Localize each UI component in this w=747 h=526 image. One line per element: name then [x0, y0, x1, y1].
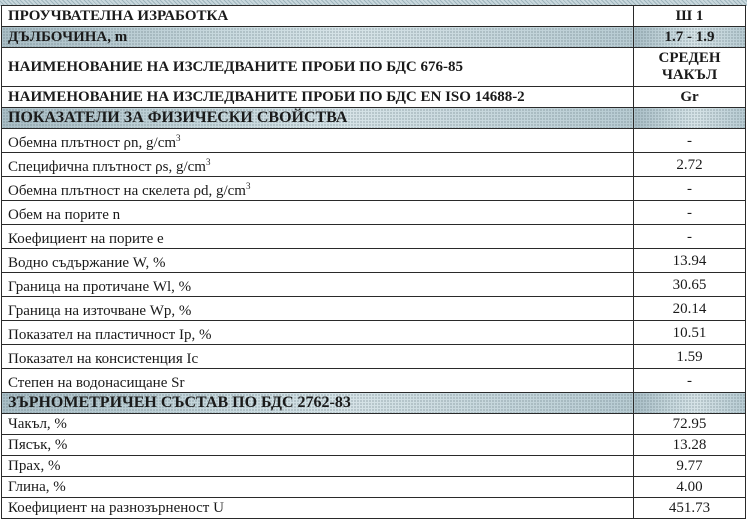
row-label-text: Пясък, % — [8, 437, 67, 453]
soil-properties-table: ПРОУЧВАТЕЛНА ИЗРАБОТКА Ш 1 ДЪЛБОЧИНА, m … — [1, 5, 746, 519]
row-label: Обем на порите n — [2, 201, 634, 225]
table-row: Глина, %4.00 — [2, 477, 746, 498]
row-label: Коефициент на порите e — [2, 225, 634, 249]
row-value: 13.94 — [634, 249, 746, 273]
table-row: Чакъл, %72.95 — [2, 414, 746, 435]
row-label-text: Показател на консистенция Ic — [8, 351, 198, 367]
row-label-text: Коефициент на порите e — [8, 231, 164, 247]
exploration-value: Ш 1 — [634, 6, 746, 27]
row-label: Степен на водонасищане Sr — [2, 369, 634, 393]
row-value: 4.00 — [634, 477, 746, 498]
table-row: Показател на пластичност Ip, %10.51 — [2, 321, 746, 345]
uniformity-row: Коефициент на разнозърненост U 451.73 — [2, 498, 746, 519]
row-label-text: Обем на порите n — [8, 207, 120, 223]
row-value: - — [634, 225, 746, 249]
row-label-superscript: 3 — [206, 157, 211, 167]
row-label: Обемна плътност на скелета ρd, g/cm3 — [2, 177, 634, 201]
row-label: Глина, % — [2, 477, 634, 498]
physical-section-title: ПОКАЗАТЕЛИ ЗА ФИЗИЧЕСКИ СВОЙСТВА — [2, 108, 634, 129]
table-row: Водно съдържание W, %13.94 — [2, 249, 746, 273]
name-bds-row: НАИМЕНОВАНИЕ НА ИЗСЛЕДВАНИТЕ ПРОБИ ПО БД… — [2, 48, 746, 87]
depth-value: 1.7 - 1.9 — [634, 27, 746, 48]
uniformity-value: 451.73 — [634, 498, 746, 519]
row-label-text: Специфична плътност ρs, g/cm — [8, 159, 206, 175]
exploration-label: ПРОУЧВАТЕЛНА ИЗРАБОТКА — [2, 6, 634, 27]
row-label: Показател на пластичност Ip, % — [2, 321, 634, 345]
row-value: 20.14 — [634, 297, 746, 321]
row-label-text: Обемна плътност на скелета ρd, g/cm — [8, 183, 246, 199]
row-label-text: Граница на източване Wp, % — [8, 303, 191, 319]
table-row: Показател на консистенция Ic1.59 — [2, 345, 746, 369]
row-label: Специфична плътност ρs, g/cm3 — [2, 153, 634, 177]
row-label: Прах, % — [2, 456, 634, 477]
name-bds-value: СРЕДЕН ЧАКЪЛ — [634, 48, 746, 87]
row-label-text: Водно съдържание W, % — [8, 255, 166, 271]
row-label-text: Показател на пластичност Ip, % — [8, 327, 211, 343]
row-label: Обемна плътност ρn, g/cm3 — [2, 129, 634, 153]
exploration-row: ПРОУЧВАТЕЛНА ИЗРАБОТКА Ш 1 — [2, 6, 746, 27]
row-label-text: Глина, % — [8, 479, 66, 495]
row-value: - — [634, 177, 746, 201]
row-value: - — [634, 129, 746, 153]
row-label-superscript: 3 — [176, 133, 181, 143]
table-row: Обемна плътност ρn, g/cm3- — [2, 129, 746, 153]
row-label-text: Чакъл, % — [8, 416, 67, 432]
row-value: - — [634, 201, 746, 225]
row-value: - — [634, 369, 746, 393]
physical-rows: Обемна плътност ρn, g/cm3-Специфична плъ… — [2, 129, 746, 393]
table-row: Специфична плътност ρs, g/cm32.72 — [2, 153, 746, 177]
row-label: Чакъл, % — [2, 414, 634, 435]
row-label-text: Прах, % — [8, 458, 61, 474]
row-label: Пясък, % — [2, 435, 634, 456]
table-row: Прах, %9.77 — [2, 456, 746, 477]
depth-row: ДЪЛБОЧИНА, m 1.7 - 1.9 — [2, 27, 746, 48]
name-bds-value-line2: ЧАКЪЛ — [640, 67, 739, 84]
row-label: Граница на източване Wp, % — [2, 297, 634, 321]
table-row: Пясък, %13.28 — [2, 435, 746, 456]
row-label: Водно съдържание W, % — [2, 249, 634, 273]
row-value: 2.72 — [634, 153, 746, 177]
granulometric-section-header: ЗЪРНОМЕТРИЧЕН СЪСТАВ ПО БДС 2762-83 — [2, 393, 746, 414]
name-iso-value: Gr — [634, 87, 746, 108]
row-label-text: Обемна плътност ρn, g/cm — [8, 135, 176, 151]
table-row: Граница на протичане Wl, %30.65 — [2, 273, 746, 297]
table-row: Обемна плътност на скелета ρd, g/cm3- — [2, 177, 746, 201]
row-value: 30.65 — [634, 273, 746, 297]
granulometric-section-empty — [634, 393, 746, 414]
physical-section-header: ПОКАЗАТЕЛИ ЗА ФИЗИЧЕСКИ СВОЙСТВА — [2, 108, 746, 129]
granulometric-rows: Чакъл, %72.95Пясък, %13.28Прах, %9.77Гли… — [2, 414, 746, 498]
table-row: Коефициент на порите e- — [2, 225, 746, 249]
table-row: Граница на източване Wp, %20.14 — [2, 297, 746, 321]
depth-label: ДЪЛБОЧИНА, m — [2, 27, 634, 48]
row-label: Граница на протичане Wl, % — [2, 273, 634, 297]
uniformity-label: Коефициент на разнозърненост U — [2, 498, 634, 519]
row-label: Показател на консистенция Ic — [2, 345, 634, 369]
row-value: 10.51 — [634, 321, 746, 345]
table-row: Обем на порите n- — [2, 201, 746, 225]
granulometric-section-title: ЗЪРНОМЕТРИЧЕН СЪСТАВ ПО БДС 2762-83 — [2, 393, 634, 414]
row-value: 13.28 — [634, 435, 746, 456]
row-value: 72.95 — [634, 414, 746, 435]
name-bds-value-line1: СРЕДЕН — [640, 50, 739, 67]
table-row: Степен на водонасищане Sr- — [2, 369, 746, 393]
row-label-superscript: 3 — [246, 181, 251, 191]
row-label-text: Степен на водонасищане Sr — [8, 375, 184, 391]
physical-section-empty — [634, 108, 746, 129]
name-iso-row: НАИМЕНОВАНИЕ НА ИЗСЛЕДВАНИТЕ ПРОБИ ПО БД… — [2, 87, 746, 108]
row-label-text: Граница на протичане Wl, % — [8, 279, 191, 295]
name-iso-label: НАИМЕНОВАНИЕ НА ИЗСЛЕДВАНИТЕ ПРОБИ ПО БД… — [2, 87, 634, 108]
row-value: 9.77 — [634, 456, 746, 477]
row-value: 1.59 — [634, 345, 746, 369]
name-bds-label: НАИМЕНОВАНИЕ НА ИЗСЛЕДВАНИТЕ ПРОБИ ПО БД… — [2, 48, 634, 87]
